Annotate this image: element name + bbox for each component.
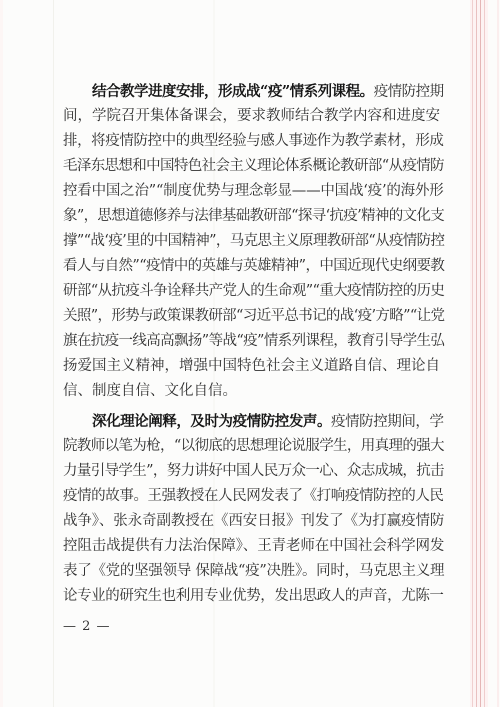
text-line: 研部“从抗疫斗争诠释共产党人的生命观”“重大疫情防控的历史 — [63, 279, 444, 304]
text-line: 扬爱国主义精神，增强中国特色社会主义道路自信、理论自 — [63, 354, 444, 379]
text-line: 控看中国之治”“制度优势与理念彰显——中国战‘疫’的海外形 — [63, 179, 444, 204]
document-body: 结合教学进度安排，形成战“疫”情系列课程。疫情防控期 间，学院召开集体备课会，要… — [63, 79, 444, 637]
right-edge-stripe — [472, 0, 473, 707]
paragraph-1: 结合教学进度安排，形成战“疫”情系列课程。疫情防控期 间，学院召开集体备课会，要… — [63, 79, 444, 404]
text-line: 院教师以笔为枪，“以彻底的思想理论说服学生，用真理的强大 — [63, 434, 444, 459]
text-line: 关照”，形势与政策课教研部“习近平总书记的战‘疫’方略”“让党 — [63, 304, 444, 329]
right-edge-stripe — [476, 0, 477, 707]
text-line: 看人与自然”“疫情中的英雄与英雄精神”，中国近现代史纲要教 — [63, 254, 444, 279]
paragraph-1-lead-rest: 疫情防控期 — [374, 84, 444, 100]
text-line: 排，将疫情防控中的典型经验与感人事迹作为教学素材，形成 — [63, 129, 444, 154]
right-edge-stripe — [497, 0, 499, 707]
paragraph-2: 深化理论阐释，及时为疫情防控发声。疫情防控期间，学 院教师以笔为枪，“以彻底的思… — [63, 409, 444, 609]
text-line: 间，学院召开集体备课会，要求教师结合教学内容和进度安 — [63, 104, 444, 129]
text-line: 结合教学进度安排，形成战“疫”情系列课程。疫情防控期 — [63, 79, 444, 104]
text-line: 深化理论阐释，及时为疫情防控发声。疫情防控期间，学 — [63, 409, 444, 434]
text-line: 战争》、张永奇副教授在《西安日报》刊发了《为打赢疫情防 — [63, 509, 444, 534]
text-line: 撑”“战‘疫’里的中国精神”，马克思主义原理教研部“从疫情防控 — [63, 229, 444, 254]
right-edge-stripe — [480, 0, 481, 707]
text-line: 象”，思想道德修养与法律基础教研部“探寻‘抗疫’精神的文化支 — [63, 204, 444, 229]
text-line: 力量引导学生”，努力讲好中国人民万众一心、众志成城，抗击 — [63, 459, 444, 484]
text-line: 疫情的故事。王强教授在人民网发表了《打响疫情防控的人民 — [63, 484, 444, 509]
scan-crease-line — [53, 0, 54, 707]
text-line: 毛泽东思想和中国特色社会主义理论体系概论教研部“从疫情防 — [63, 154, 444, 179]
text-line: 表了《党的坚强领导 保障战“疫”决胜》。同时，马克思主义理 — [63, 559, 444, 584]
text-line: 旗在抗疫一线高高飘扬”等战“疫”情系列课程，教育引导学生弘 — [63, 329, 444, 354]
document-page: 结合教学进度安排，形成战“疫”情系列课程。疫情防控期 间，学院召开集体备课会，要… — [0, 0, 500, 707]
paragraph-1-lead-bold: 结合教学进度安排，形成战“疫”情系列课程。 — [92, 83, 374, 100]
right-edge-stripe — [484, 0, 485, 707]
text-line: 控阻击战提供有力法治保障》、王青老师在中国社会科学网发 — [63, 534, 444, 559]
paragraph-2-lead-bold: 深化理论阐释，及时为疫情防控发声。 — [92, 413, 331, 430]
left-edge-pink-wash — [0, 0, 3, 707]
text-line: 论专业的研究生也利用专业优势，发出思政人的声音，尤陈一 — [63, 584, 444, 609]
page-number: — 2 — — [63, 617, 444, 637]
paragraph-2-lead-rest: 疫情防控期间，学 — [331, 414, 443, 430]
text-line: 信、制度自信、文化自信。 — [63, 379, 444, 404]
